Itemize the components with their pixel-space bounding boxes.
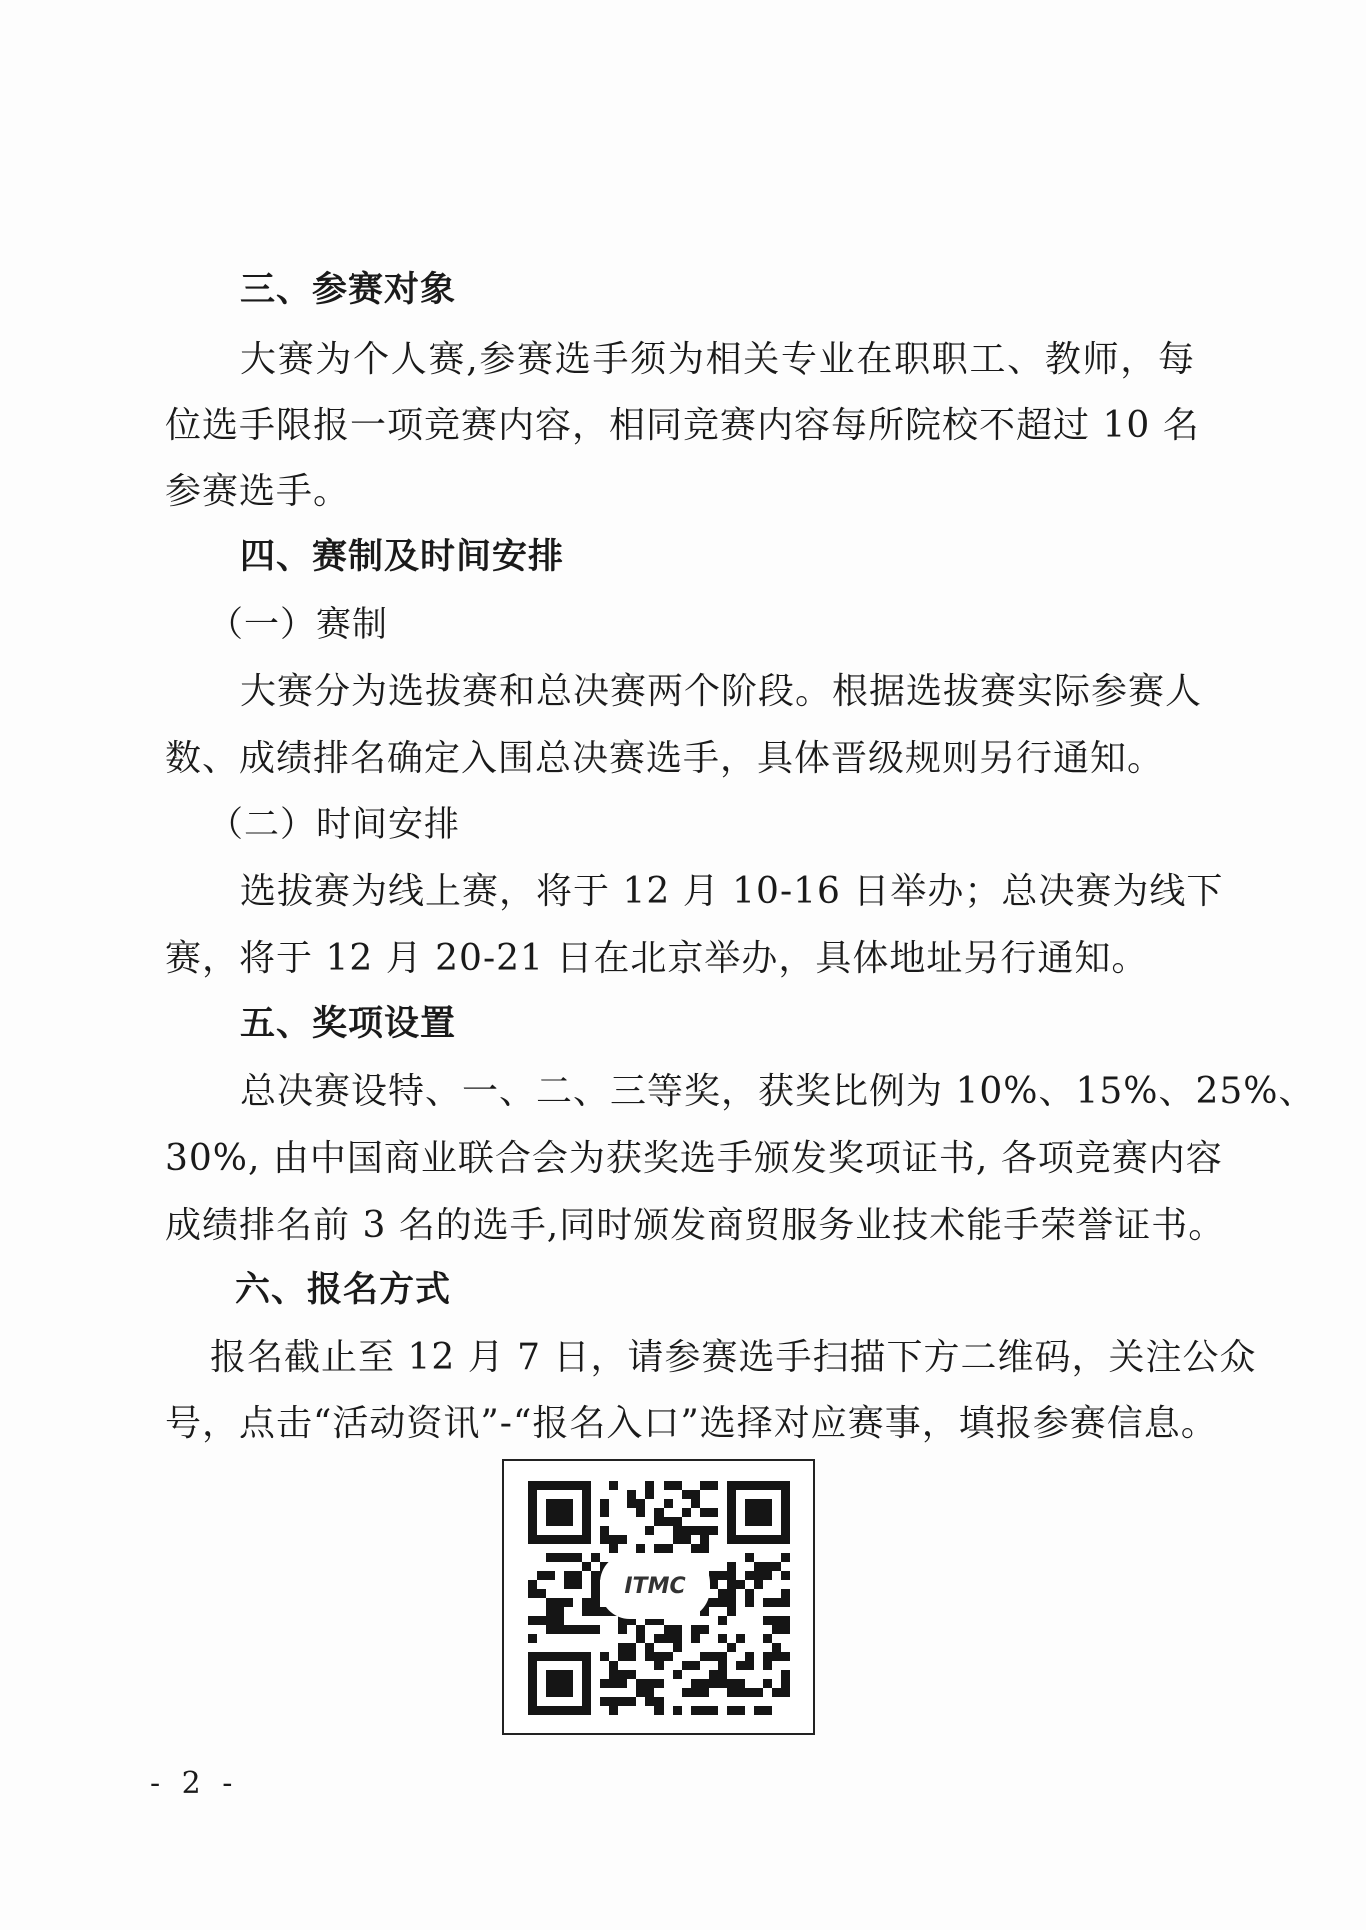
paragraph-line: 赛，将于 12 月 20-21 日在北京举办，具体地址另行通知。 — [165, 937, 1195, 981]
subsection-heading-schedule: （二）时间安排 — [208, 803, 1238, 847]
paragraph-line: 参赛选手。 — [165, 470, 1195, 514]
page-number: - 2 - — [150, 1766, 238, 1801]
paragraph-line: 选拔赛为线上赛，将于 12 月 10-16 日举办；总决赛为线下 — [240, 870, 1195, 914]
registration-qr-code[interactable]: ITMC — [502, 1459, 815, 1735]
section-heading-format-schedule: 四、赛制及时间安排 — [240, 535, 1270, 579]
paragraph-line: 大赛为个人赛,参赛选手须为相关专业在职职工、教师，每 — [240, 338, 1195, 382]
section-heading-awards: 五、奖项设置 — [240, 1002, 1270, 1046]
section-heading-participants: 三、参赛对象 — [240, 268, 1270, 312]
paragraph-line: 号，点击“活动资讯”-“报名入口”选择对应赛事，填报参赛信息。 — [165, 1402, 1195, 1446]
paragraph-line: 30%, 由中国商业联合会为获奖选手颁发奖项证书, 各项竞赛内容 — [165, 1137, 1195, 1181]
paragraph-line: 位选手限报一项竞赛内容，相同竞赛内容每所院校不超过 10 名 — [165, 404, 1195, 448]
document-page: 三、参赛对象 大赛为个人赛,参赛选手须为相关专业在职职工、教师，每 位选手限报一… — [0, 0, 1366, 1930]
section-heading-registration: 六、报名方式 — [235, 1268, 1265, 1312]
paragraph-line: 总决赛设特、一、二、三等奖，获奖比例为 10%、15%、25%、 — [240, 1070, 1165, 1114]
paragraph-line: 成绩排名前 3 名的选手,同时颁发商贸服务业技术能手荣誉证书。 — [165, 1204, 1195, 1248]
subsection-heading-format: （一）赛制 — [208, 603, 1238, 647]
itmc-logo: ITMC — [600, 1553, 710, 1619]
paragraph-line: 大赛分为选拔赛和总决赛两个阶段。根据选拔赛实际参赛人 — [240, 670, 1195, 714]
paragraph-line: 报名截止至 12 月 7 日，请参赛选手扫描下方二维码，关注公众 — [210, 1336, 1185, 1380]
paragraph-line: 数、成绩排名确定入围总决赛选手，具体晋级规则另行通知。 — [165, 737, 1195, 781]
